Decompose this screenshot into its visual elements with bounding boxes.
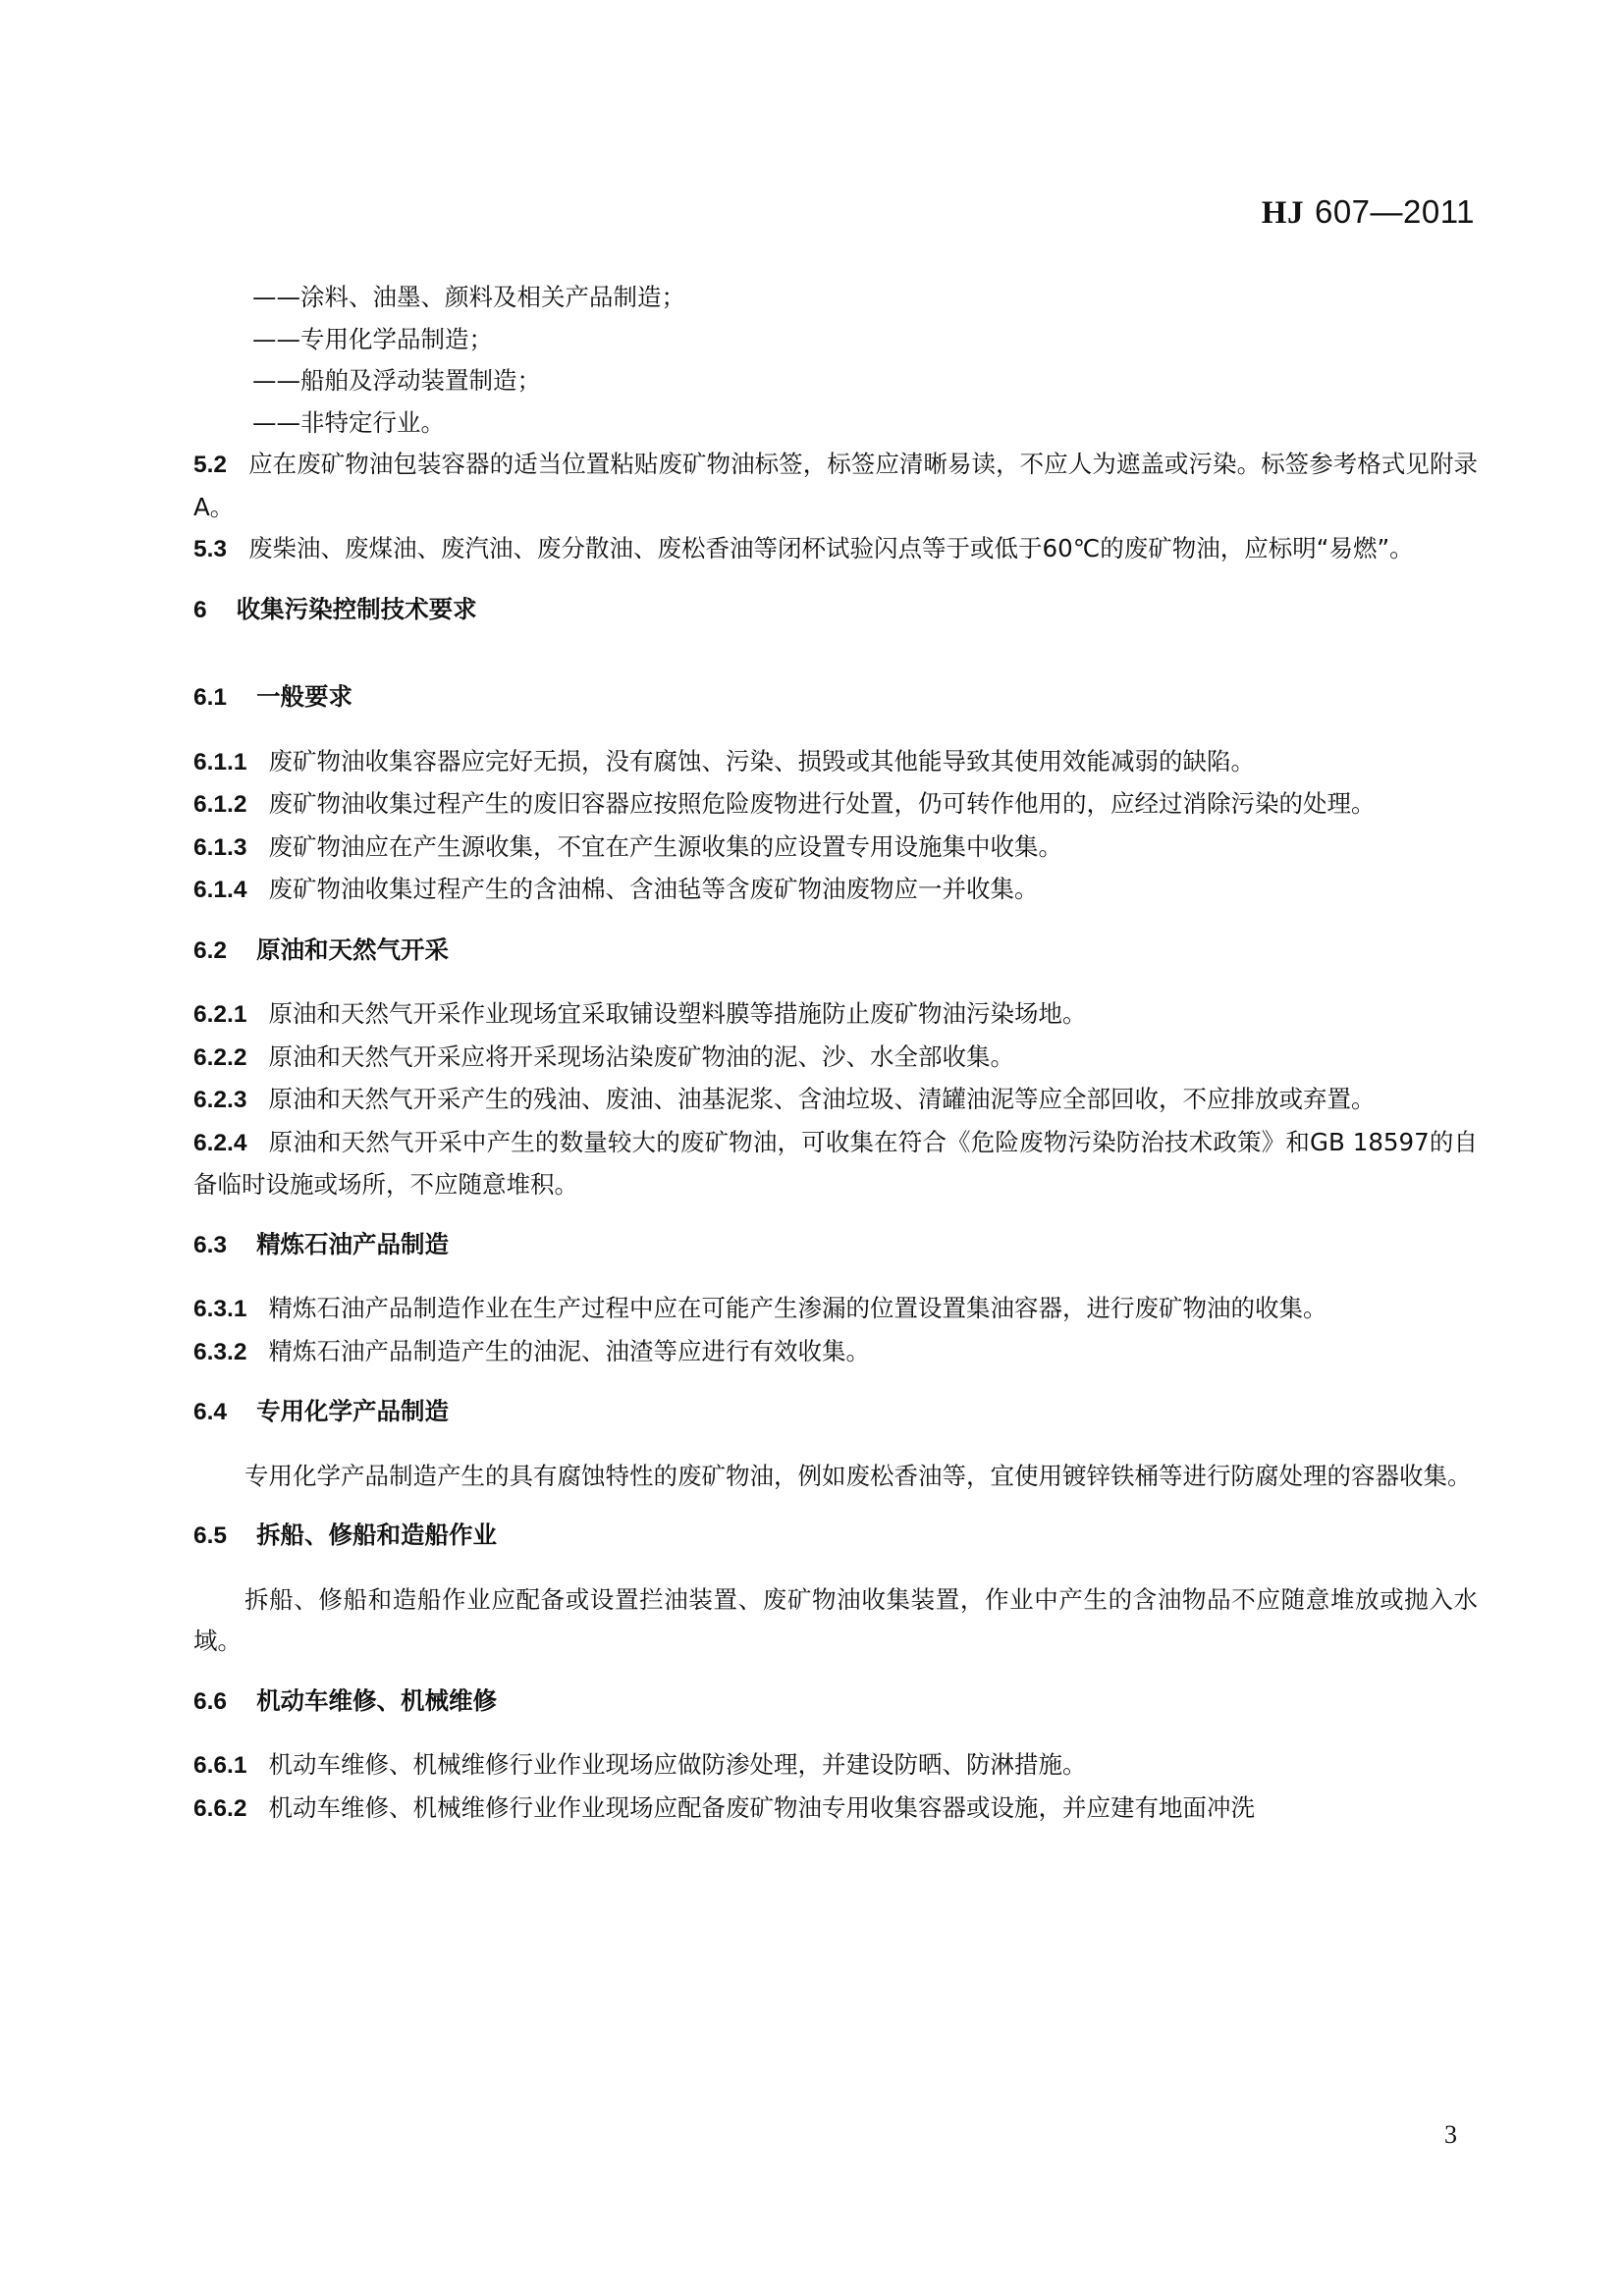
section-number: 6.3	[193, 1225, 227, 1267]
section-6-5-heading: 6.5拆船、修船和造船作业	[193, 1515, 1478, 1558]
clause-text: 废矿物油收集过程产生的废旧容器应按照危险废物进行处置，仍可转作他用的，应经过消除…	[269, 789, 1376, 818]
standard-number: 607—2011	[1315, 193, 1475, 230]
clause-number: 6.3.2	[193, 1332, 247, 1374]
clause-text: 精炼石油产品制造产生的油泥、油渣等应进行有效收集。	[269, 1337, 871, 1365]
clause-number: 6.1.2	[193, 784, 247, 827]
clause-6-1-3: 6.1.3废矿物油应在产生源收集，不宜在产生源收集的应设置专用设施集中收集。	[193, 827, 1478, 870]
clause-number: 6.2.4	[193, 1123, 247, 1165]
clause-number: 6.6.2	[193, 1789, 247, 1831]
clause-text: 原油和天然气开采产生的残油、废油、油基泥浆、含油垃圾、清罐油泥等应全部回收，不应…	[269, 1085, 1376, 1113]
clause-number: 5.2	[193, 445, 227, 487]
document-body: ——涂料、油墨、颜料及相关产品制造； ——专用化学品制造； ——船舶及浮动装置制…	[193, 277, 1478, 1830]
clause-number: 6.2.2	[193, 1038, 247, 1080]
dash-list-item: ——船舶及浮动装置制造；	[193, 360, 1478, 402]
clause-number: 6.1.3	[193, 828, 247, 870]
section-6-3-heading: 6.3精炼石油产品制造	[193, 1224, 1478, 1267]
section-number: 6.5	[193, 1516, 227, 1558]
clause-number: 5.3	[193, 529, 227, 571]
clause-text: 精炼石油产品制造作业在生产过程中应在可能产生渗漏的位置设置集油容器，进行废矿物油…	[269, 1294, 1327, 1322]
clause-6-2-4: 6.2.4原油和天然气开采中产生的数量较大的废矿物油，可收集在符合《危险废物污染…	[193, 1122, 1478, 1206]
clause-text: 机动车维修、机械维修行业作业现场应配备废矿物油专用收集容器或设施，并应建有地面冲…	[269, 1793, 1256, 1822]
section-number: 6.4	[193, 1392, 227, 1434]
clause-6-6-2: 6.6.2机动车维修、机械维修行业作业现场应配备废矿物油专用收集容器或设施，并应…	[193, 1788, 1478, 1831]
clause-6-3-2: 6.3.2精炼石油产品制造产生的油泥、油渣等应进行有效收集。	[193, 1331, 1478, 1374]
clause-number: 6.2.1	[193, 994, 247, 1037]
clause-number: 6.1.1	[193, 742, 247, 784]
clause-6-1-4: 6.1.4废矿物油收集过程产生的含油棉、含油毡等含废矿物油废物应一并收集。	[193, 869, 1478, 912]
dash-list-item: ——涂料、油墨、颜料及相关产品制造；	[193, 277, 1478, 319]
section-6-6-heading: 6.6机动车维修、机械维修	[193, 1681, 1478, 1724]
section-6-4-heading: 6.4专用化学产品制造	[193, 1391, 1478, 1434]
section-title: 收集污染控制技术要求	[237, 595, 477, 623]
clause-text: 机动车维修、机械维修行业作业现场应做防渗处理，并建设防晒、防淋措施。	[269, 1750, 1087, 1779]
clause-number: 6.3.1	[193, 1289, 247, 1331]
clause-text: 原油和天然气开采中产生的数量较大的废矿物油，可收集在符合《危险废物污染防治技术政…	[193, 1128, 1478, 1200]
document-page: HJ 607—2011 ——涂料、油墨、颜料及相关产品制造； ——专用化学品制造…	[0, 0, 1624, 2296]
section-6-2-heading: 6.2原油和天然气开采	[193, 930, 1478, 973]
clause-text: 原油和天然气开采应将开采现场沾染废矿物油的泥、沙、水全部收集。	[269, 1042, 1015, 1071]
clause-number: 6.6.1	[193, 1745, 247, 1788]
page-number: 3	[1444, 2120, 1457, 2150]
dash-list-item: ——非特定行业。	[193, 402, 1478, 445]
section-title: 机动车维修、机械维修	[256, 1686, 497, 1715]
standard-prefix: HJ	[1262, 195, 1304, 231]
standard-code: HJ 607—2011	[1262, 192, 1475, 232]
section-title: 专用化学产品制造	[256, 1397, 449, 1425]
section-number: 6	[193, 590, 207, 632]
clause-5-2: 5.2应在废矿物油包装容器的适当位置粘贴废矿物油标签，标签应清晰易读，不应人为遮…	[193, 444, 1478, 528]
section-number: 6.2	[193, 931, 227, 973]
section-title: 精炼石油产品制造	[256, 1230, 449, 1258]
clause-6-2-2: 6.2.2原油和天然气开采应将开采现场沾染废矿物油的泥、沙、水全部收集。	[193, 1037, 1478, 1080]
clause-6-6-1: 6.6.1机动车维修、机械维修行业作业现场应做防渗处理，并建设防晒、防淋措施。	[193, 1744, 1478, 1788]
dash-list-item: ——专用化学品制造；	[193, 319, 1478, 361]
section-number: 6.1	[193, 677, 227, 720]
section-title: 拆船、修船和造船作业	[256, 1521, 497, 1549]
section-6-heading: 6收集污染控制技术要求	[193, 589, 1478, 632]
section-6-4-body: 专用化学产品制造产生的具有腐蚀特性的废矿物油，例如废松香油等，宜使用镀锌铁桶等进…	[193, 1456, 1478, 1498]
clause-6-2-1: 6.2.1原油和天然气开采作业现场宜采取铺设塑料膜等措施防止废矿物油污染场地。	[193, 993, 1478, 1037]
section-title: 原油和天然气开采	[256, 935, 449, 964]
section-6-5-body: 拆船、修船和造船作业应配备或设置拦油装置、废矿物油收集装置，作业中产生的含油物品…	[193, 1579, 1478, 1663]
clause-text: 废柴油、废煤油、废汽油、废分散油、废松香油等闭杯试验闪点等于或低于60℃的废矿物…	[248, 534, 1414, 562]
clause-5-3: 5.3废柴油、废煤油、废汽油、废分散油、废松香油等闭杯试验闪点等于或低于60℃的…	[193, 528, 1478, 571]
clause-number: 6.2.3	[193, 1080, 247, 1122]
clause-text: 废矿物油收集过程产生的含油棉、含油毡等含废矿物油废物应一并收集。	[269, 875, 1039, 903]
clause-6-2-3: 6.2.3原油和天然气开采产生的残油、废油、油基泥浆、含油垃圾、清罐油泥等应全部…	[193, 1079, 1478, 1122]
clause-6-3-1: 6.3.1精炼石油产品制造作业在生产过程中应在可能产生渗漏的位置设置集油容器，进…	[193, 1288, 1478, 1331]
section-number: 6.6	[193, 1682, 227, 1724]
clause-text: 废矿物油应在产生源收集，不宜在产生源收集的应设置专用设施集中收集。	[269, 832, 1063, 861]
section-title: 一般要求	[256, 682, 352, 711]
clause-6-1-1: 6.1.1废矿物油收集容器应完好无损，没有腐蚀、污染、损毁或其他能导致其使用效能…	[193, 741, 1478, 784]
clause-text: 废矿物油收集容器应完好无损，没有腐蚀、污染、损毁或其他能导致其使用效能减弱的缺陷…	[269, 747, 1256, 775]
clause-6-1-2: 6.1.2废矿物油收集过程产生的废旧容器应按照危险废物进行处置，仍可转作他用的，…	[193, 783, 1478, 827]
clause-text: 原油和天然气开采作业现场宜采取铺设塑料膜等措施防止废矿物油污染场地。	[269, 999, 1087, 1028]
clause-text: 应在废矿物油包装容器的适当位置粘贴废矿物油标签，标签应清晰易读，不应人为遮盖或污…	[193, 450, 1478, 521]
section-6-1-heading: 6.1一般要求	[193, 676, 1478, 720]
clause-number: 6.1.4	[193, 870, 247, 912]
